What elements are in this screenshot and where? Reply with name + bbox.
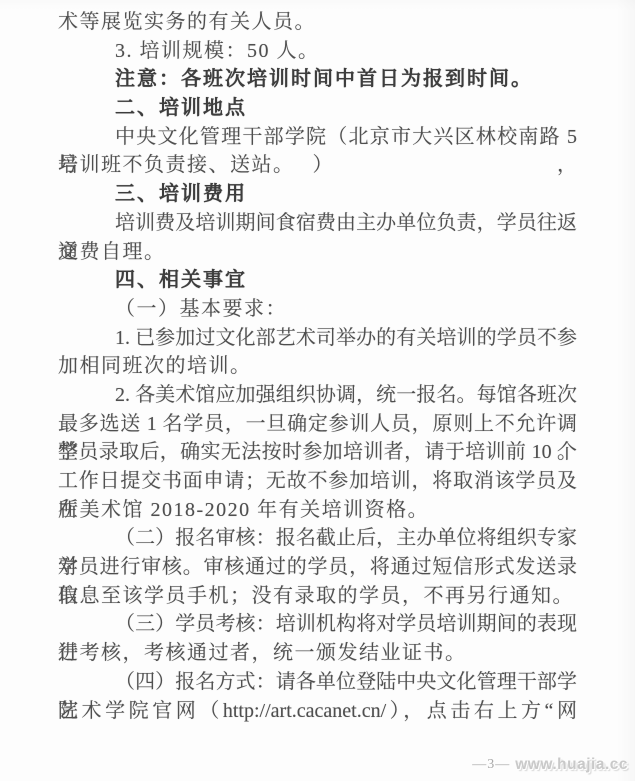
document-page: 术等展览实务的有关人员。 3. 培训规模：50 人。 注意：各班次培训时间中首日… <box>0 0 635 781</box>
doc-section-heading: 二、培训地点 <box>58 94 577 123</box>
doc-line: 最多选送 1 名学员，一旦确定参训人员，原则上不允许调整。 <box>58 410 577 439</box>
doc-line: 加相同班次的培训。 <box>58 352 577 381</box>
doc-line: 2. 各美术馆应加强组织协调，统一报名。每馆各班次 <box>58 381 577 410</box>
doc-section-heading: 四、相关事宜 <box>58 266 577 295</box>
doc-section-heading: 三、培训费用 <box>58 180 577 209</box>
doc-line: 学员进行审核。审核通过的学员，将通过短信形式发送录取 <box>58 553 577 582</box>
doc-line: 中央文化管理干部学院（北京市大兴区林校南路 5 号）， <box>58 123 577 152</box>
doc-subsection-heading: （一）基本要求： <box>58 295 577 324</box>
doc-line: 术等展览实务的有关人员。 <box>58 8 577 37</box>
doc-line-notice-heading: 注意：各班次培训时间中首日为报到时间。 <box>58 65 577 94</box>
doc-line: 信息至该学员手机；没有录取的学员，不再另行通知。 <box>58 582 577 611</box>
page-number: —3— <box>472 757 510 773</box>
watermark: www.huajia.cc <box>515 756 628 774</box>
doc-line: 通费自理。 <box>58 238 577 267</box>
doc-line: （四）报名方式：请各单位登陆中央文化管理干部学院 <box>58 668 577 697</box>
doc-line: 学员录取后，确实无法按时参加培训者，请于培训前 10 个 <box>58 438 577 467</box>
doc-line: 1. 已参加过文化部艺术司举办的有关培训的学员不参 <box>58 324 577 353</box>
doc-line: 3. 培训规模：50 人。 <box>58 37 577 66</box>
page-footer: —3— www.huajia.cc <box>472 756 628 774</box>
doc-line: （二）报名审核：报名截止后，主办单位将组织专家对 <box>58 524 577 553</box>
document-body: 术等展览实务的有关人员。 3. 培训规模：50 人。 注意：各班次培训时间中首日… <box>58 8 577 725</box>
doc-line: （三）学员考核：培训机构将对学员培训期间的表现进 <box>58 610 577 639</box>
doc-line: 在美术馆 2018-2020 年有关培训资格。 <box>58 496 577 525</box>
doc-line: 艺术学院官网（http://art.cacanet.cn/），点击右上方“网 <box>58 697 577 726</box>
doc-line: 培训费及培训期间食宿费由主办单位负责，学员往返交 <box>58 209 577 238</box>
doc-line: 工作日提交书面申请；无故不参加培训，将取消该学员及所 <box>58 467 577 496</box>
doc-line: 行考核，考核通过者，统一颁发结业证书。 <box>58 639 577 668</box>
